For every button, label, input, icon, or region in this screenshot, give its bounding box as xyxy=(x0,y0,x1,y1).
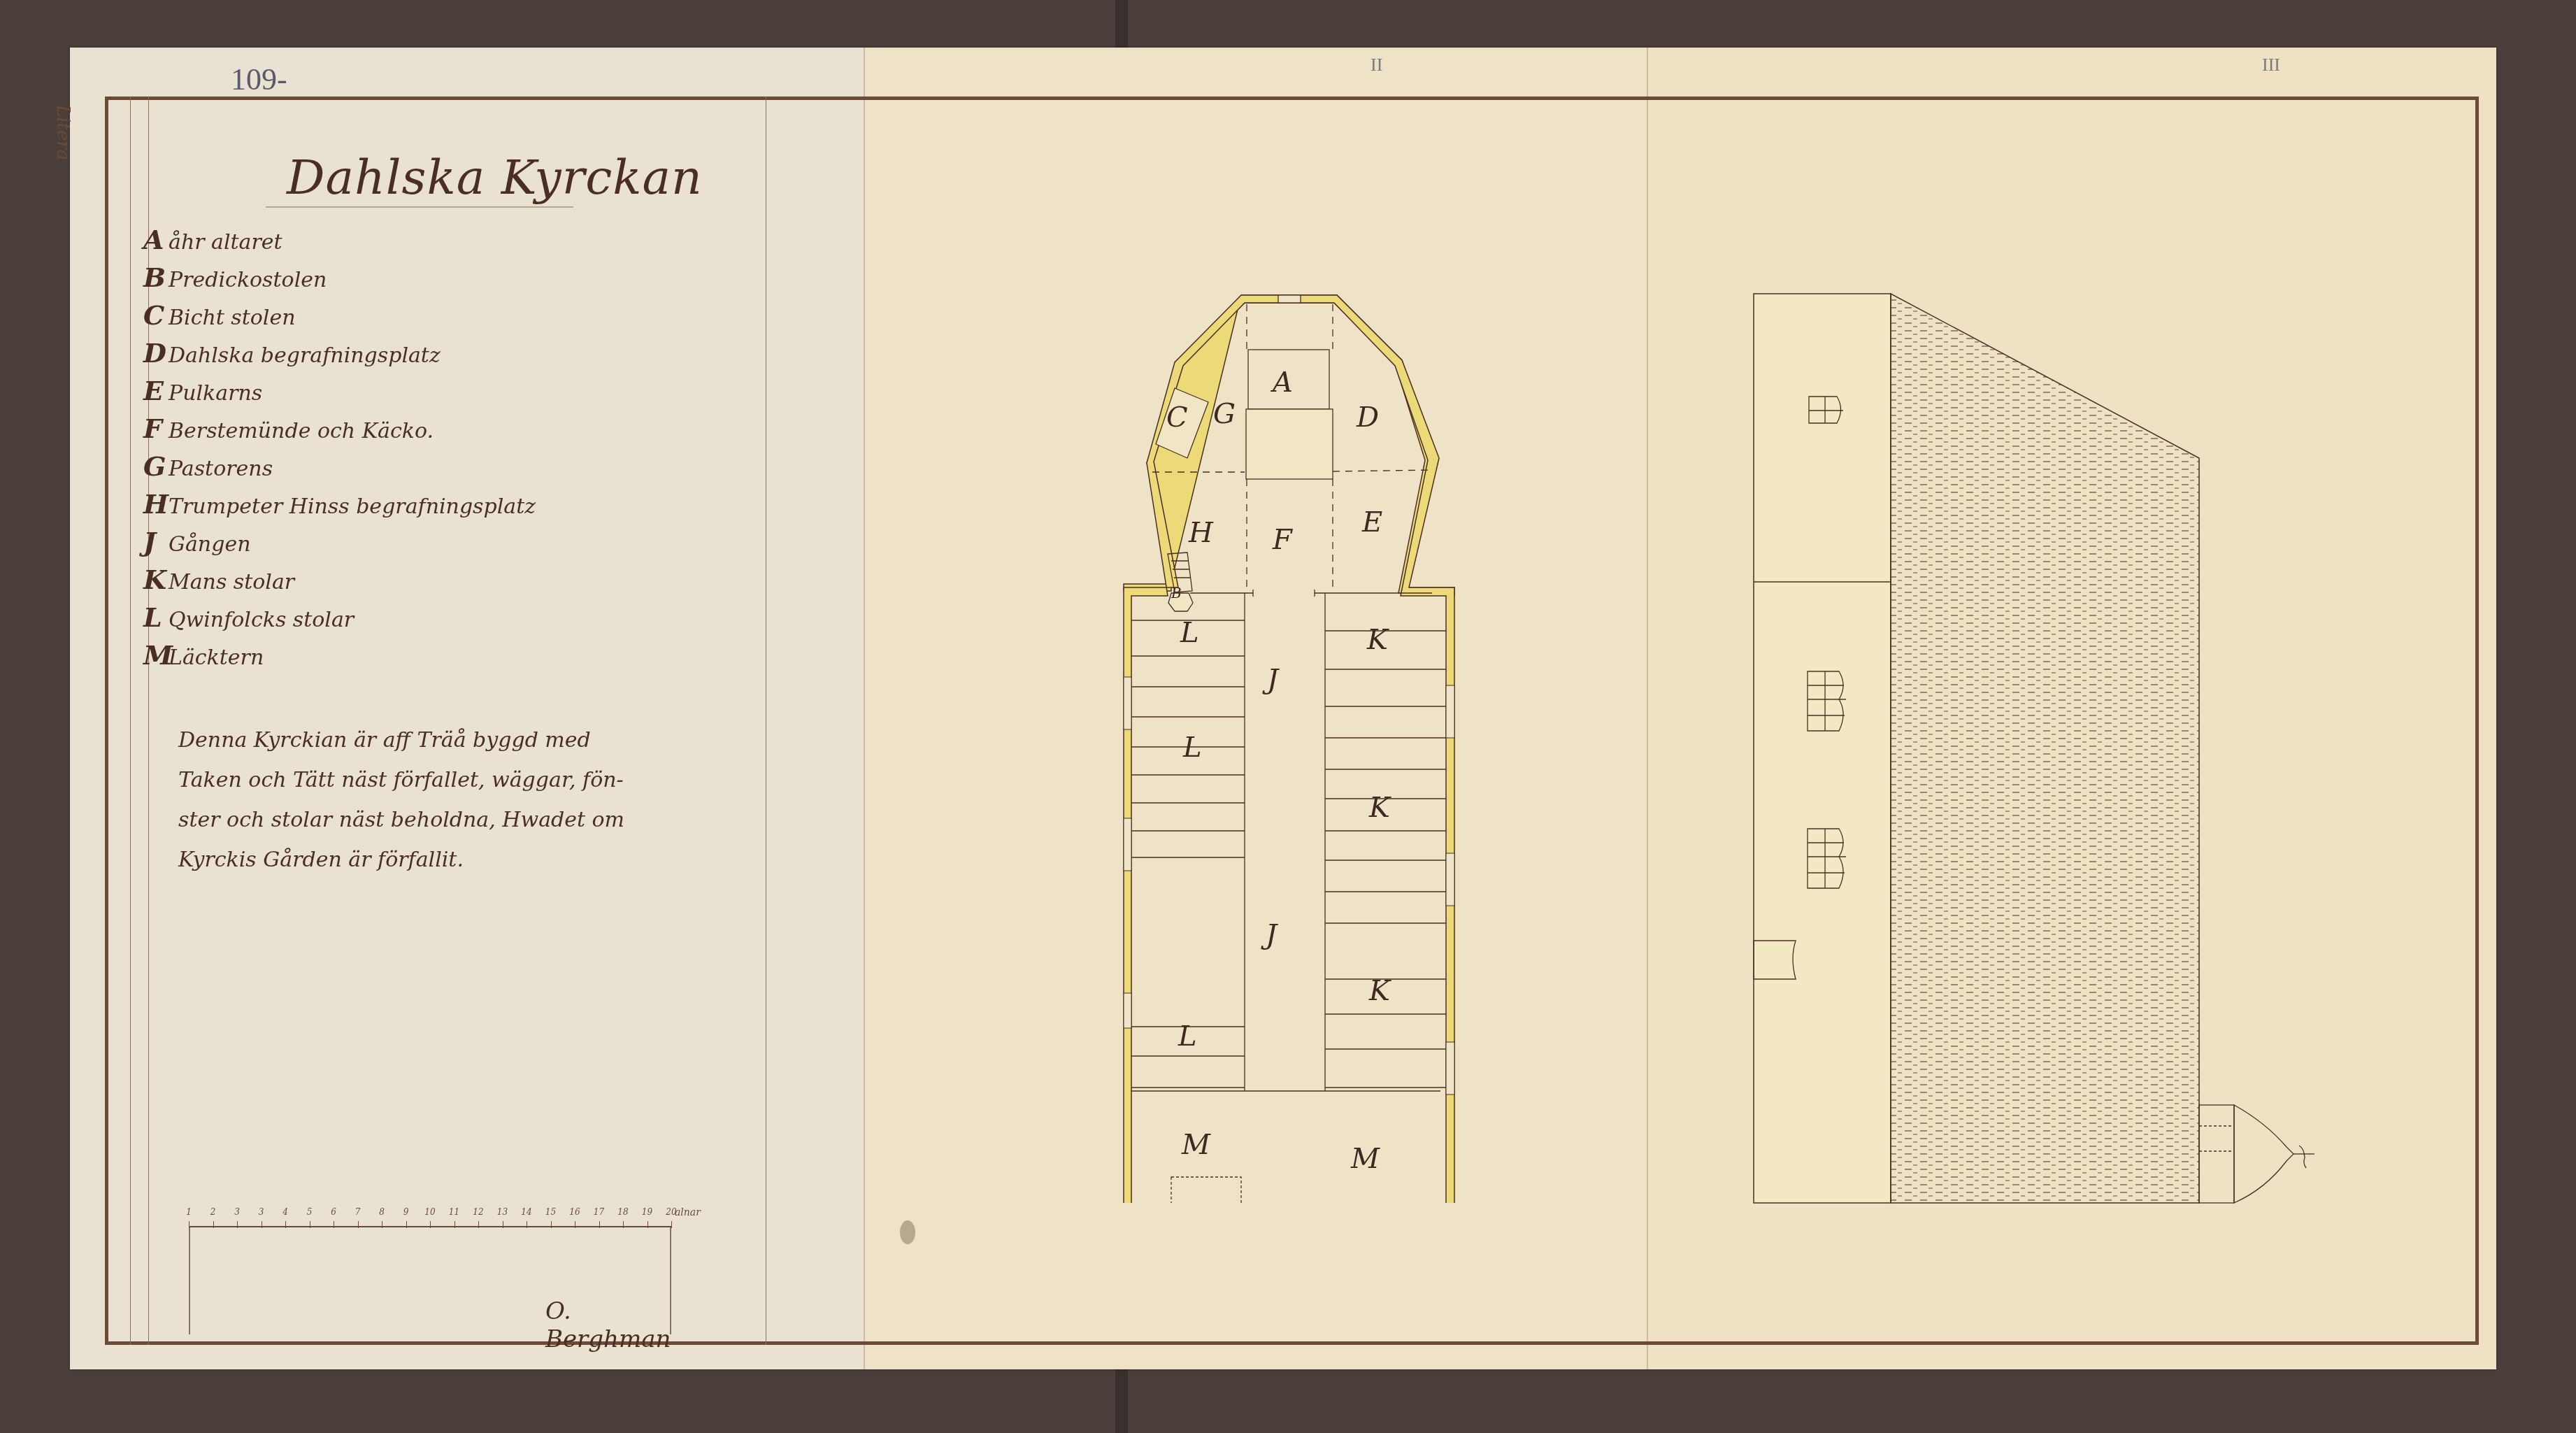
plan-label-j: J xyxy=(1262,664,1280,696)
scale-tick xyxy=(189,1221,189,1228)
church-floor-plan: A B C D E F G H J J K K K L L L M M xyxy=(1105,280,1538,1203)
plan-label-d: D xyxy=(1356,401,1379,434)
scale-tick xyxy=(358,1221,359,1228)
scale-tick xyxy=(406,1221,407,1228)
scale-tick xyxy=(551,1221,552,1228)
legend-text: Dahlska begrafningsplatz xyxy=(169,343,441,368)
plan-label-k: K xyxy=(1368,792,1391,824)
scale-tick-label: 4 xyxy=(282,1207,288,1217)
legend-item: FBerstemünde och Käcko. xyxy=(143,413,731,450)
legend-item: HTrumpeter Hinss begrafningsplatz xyxy=(143,488,731,526)
scale-tick xyxy=(430,1221,431,1228)
scale-tick-label: 6 xyxy=(331,1207,336,1217)
tower-base xyxy=(2199,1105,2234,1203)
legend-item: MLäcktern xyxy=(143,639,731,677)
legend-list: Aåhr altaret BPredickostolen CBicht stol… xyxy=(143,224,731,677)
legend-letter: C xyxy=(143,299,169,331)
note-line: Denna Kyrckian är aff Träå byggd med xyxy=(178,720,738,760)
legend-item: BPredickostolen xyxy=(143,262,731,299)
scale-tick xyxy=(262,1221,262,1228)
weathervane-cockerel-icon xyxy=(2299,1146,2306,1168)
legend-letter: F xyxy=(143,413,169,444)
scale-tick xyxy=(671,1221,672,1228)
plan-label-l: L xyxy=(1178,1020,1197,1053)
scale-tick-label: 19 xyxy=(642,1207,652,1217)
panel-number-3: III xyxy=(2262,55,2280,76)
plan-label-f: F xyxy=(1272,524,1293,556)
scale-tick-label: 3 xyxy=(234,1207,240,1217)
legend-text: Berstemünde och Käcko. xyxy=(169,419,434,443)
scale-tick xyxy=(310,1221,310,1228)
scale-unit: alnar xyxy=(675,1207,701,1218)
legend-letter: L xyxy=(143,601,169,633)
plan-label-k: K xyxy=(1366,624,1389,656)
legend-letter: D xyxy=(143,337,169,369)
legend-letter: K xyxy=(143,564,169,595)
legend-text: Pulkarns xyxy=(169,381,262,406)
scale-tick-label: 9 xyxy=(403,1207,409,1217)
condition-note: Denna Kyrckian är aff Träå byggd med Tak… xyxy=(178,720,738,880)
scale-tick xyxy=(237,1221,238,1228)
legend-letter: E xyxy=(143,375,169,406)
legend-letter: H xyxy=(143,488,169,520)
legend-letter: G xyxy=(143,450,169,482)
note-line: Kyrckis Gården är förfallit. xyxy=(178,840,738,880)
margin-rule xyxy=(130,97,131,1345)
legend-letter: J xyxy=(143,526,169,557)
plan-label-k: K xyxy=(1368,975,1391,1007)
folio-number: 109- xyxy=(231,62,287,97)
legend-item: LQwinfolcks stolar xyxy=(143,601,731,639)
scale-tick-label: 15 xyxy=(545,1207,556,1217)
plan-label-b: B xyxy=(1171,585,1182,601)
scale-tick xyxy=(382,1221,382,1228)
nave-wall xyxy=(1754,294,1891,1203)
scale-tick-label: 5 xyxy=(307,1207,313,1217)
tower-spire xyxy=(2234,1105,2294,1203)
scale-tick-label: 16 xyxy=(569,1207,580,1217)
plan-label-l: L xyxy=(1180,617,1199,649)
scale-tick-label: 17 xyxy=(594,1207,604,1217)
legend-text: Mans stolar xyxy=(169,570,294,594)
church-elevation xyxy=(1734,266,2363,1217)
legend-letter: A xyxy=(143,224,169,255)
plan-label-e: E xyxy=(1361,506,1382,539)
legend-text: Gången xyxy=(169,532,250,557)
gallery-stairs xyxy=(1171,1177,1241,1203)
scale-tick xyxy=(599,1221,600,1228)
legend-letter: M xyxy=(143,639,169,671)
scale-tick-label: 12 xyxy=(473,1207,483,1217)
plan-label-l: L xyxy=(1182,732,1202,764)
scale-tick-label: 7 xyxy=(355,1207,361,1217)
altar-rail-area xyxy=(1246,409,1333,479)
title-flourish xyxy=(266,206,573,208)
plan-label-m: M xyxy=(1181,1129,1211,1161)
legend-text: Bicht stolen xyxy=(169,306,296,330)
legend-item: KMans stolar xyxy=(143,564,731,601)
scale-tick-label: 2 xyxy=(210,1207,216,1217)
scale-tick xyxy=(334,1221,334,1228)
legend-item: JGången xyxy=(143,526,731,564)
scale-tick xyxy=(623,1221,624,1228)
note-line: ster och stolar näst beholdna, Hwadet om xyxy=(178,800,738,840)
legend-text: Pastorens xyxy=(169,457,273,481)
plan-label-g: G xyxy=(1213,398,1236,430)
scale-tick xyxy=(285,1221,286,1228)
legend-item: CBicht stolen xyxy=(143,299,731,337)
scale-tick xyxy=(455,1221,455,1228)
scale-tick-label: 1 xyxy=(186,1207,192,1217)
scale-tick xyxy=(575,1221,575,1228)
scale-tick xyxy=(503,1221,503,1228)
legend-text: Predickostolen xyxy=(169,268,327,292)
scale-tick-label: 14 xyxy=(521,1207,531,1217)
legend-text: Läcktern xyxy=(169,646,264,670)
plan-label-j: J xyxy=(1261,919,1278,951)
scale-tick-label: 18 xyxy=(617,1207,628,1217)
legend-text: åhr altaret xyxy=(169,230,282,255)
scale-tick xyxy=(478,1221,479,1228)
scale-tick-label: 8 xyxy=(379,1207,385,1217)
legend-item: GPastorens xyxy=(143,450,731,488)
scale-tick xyxy=(647,1221,648,1228)
legend-item: EPulkarns xyxy=(143,375,731,413)
plan-label-m: M xyxy=(1350,1143,1380,1175)
legend-text: Trumpeter Hinss begrafningsplatz xyxy=(169,494,536,519)
plan-label-h: H xyxy=(1188,517,1214,549)
panel-number-2: II xyxy=(1371,55,1382,76)
note-line: Taken och Tätt näst förfallet, wäggar, f… xyxy=(178,760,738,800)
scale-tick xyxy=(527,1221,527,1228)
scale-tick-label: 11 xyxy=(449,1207,459,1217)
scale-tick-label: 10 xyxy=(424,1207,435,1217)
margin-rule xyxy=(766,97,766,1345)
scale-tick xyxy=(213,1221,214,1228)
legend-letter: B xyxy=(143,262,169,293)
shingled-roof xyxy=(1891,294,2199,1203)
scale-tick-label: 3 xyxy=(259,1207,264,1217)
plan-label-a: A xyxy=(1270,366,1293,399)
legend-item: DDahlska begrafningsplatz xyxy=(143,337,731,375)
ink-stain xyxy=(900,1220,915,1244)
scale-tick-label: 13 xyxy=(497,1207,508,1217)
plan-label-c: C xyxy=(1166,401,1188,434)
document-title: Dahlska Kyrckan xyxy=(287,150,703,206)
legend-text: Qwinfolcks stolar xyxy=(169,608,354,632)
legend-item: Aåhr altaret xyxy=(143,224,731,262)
scale-bar: 12334567891011121314151617181920 alnar O… xyxy=(175,1217,671,1339)
margin-note: Litera xyxy=(52,105,73,160)
surveyor-signature: O. Berghman xyxy=(545,1297,671,1353)
